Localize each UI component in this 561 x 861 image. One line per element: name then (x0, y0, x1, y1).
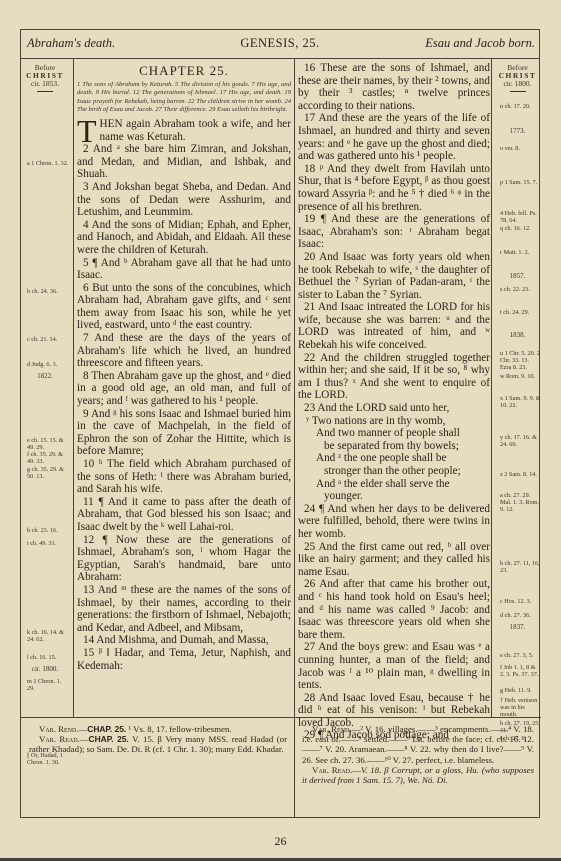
margin-reference: e ch. 27. 3, 5. (494, 652, 541, 659)
verse-6: 6 But unto the sons of the concubines, w… (77, 282, 291, 332)
margin-reference: y ch. 17. 16. & 24. 60. (494, 434, 541, 448)
left-era-block: Before CHRIST cir. 1853. (21, 64, 69, 92)
var-read-label: Var. Read.— (39, 734, 89, 744)
margin-reference: 4 Heb. fell. Ps. 78. 64. (494, 210, 541, 224)
column-divider (294, 59, 295, 817)
verse-3: 3 And Jokshan begat Sheba, and Dedan. An… (77, 181, 291, 219)
var-rend-left: Var. Rend.—CHAP. 25. ¹ Vs. 8, 17. fellow… (29, 724, 287, 734)
verse-7: 7 And these are the days of the years of… (77, 332, 291, 370)
margin-reference: a ch. 27. 29. Mal. 1. 3. Rom. 9. 12. (494, 492, 541, 513)
margin-reference: x 1 Sam. 9. 9. & 10. 22. (494, 395, 541, 409)
margin-reference: r Matt. 1. 2. (494, 249, 541, 256)
page-number: 26 (0, 834, 561, 849)
verse-14: 14 And Mishma, and Dumah, and Massa, (77, 634, 291, 647)
margin-reference: u 1 Chr. 5. 20. 2 Chr. 33. 13. Ezra 8. 2… (494, 350, 541, 371)
margin-reference: b ch. 24. 36. (21, 288, 69, 295)
poetry-line: ʸ Two nations are in thy womb, (298, 415, 490, 428)
verse-27: 27 And the boys grew: and Esau was ᵉ a c… (298, 641, 490, 691)
margin-reference: 1773. (494, 128, 541, 135)
var-rend-right: Var. Rend.—² V. 16. villages.——³ encampm… (302, 724, 534, 765)
margin-reference: a 1 Chron. 1. 32. (21, 160, 69, 167)
verse-text: HEN again Abraham took a wife, and her n… (100, 118, 291, 143)
right-footnotes: Var. Rend.—² V. 16. villages.——³ encampm… (302, 724, 534, 785)
margin-reference: g ch. 35. 29. & 50. 13. (21, 466, 69, 480)
margin-reference: f Job 1. 1, 8 & 2. 3. Ps. 37. 37. (494, 664, 541, 678)
verse-2: 2 And ᵃ she bare him Zimran, and Jokshan… (77, 143, 291, 181)
verse-19: 19 ¶ And these are the generations of Is… (298, 213, 490, 251)
margin-reference: i ch. 49. 31. (21, 540, 69, 547)
era-date: cir. 1800. (494, 80, 541, 88)
era-rule (510, 91, 526, 92)
margin-reference: m 1 Chron. 1. 29. (21, 678, 69, 692)
left-text-column: CHAPTER 25. 1 The sons of Abraham by Ket… (77, 59, 291, 672)
poetry-line: stronger than the other people; (298, 465, 490, 478)
var-rend-label: Var. Rend.— (312, 724, 360, 734)
margin-reference: e ch. 15. 15. & 49. 29. (21, 437, 69, 451)
margin-reference: o ver. 8. (494, 145, 541, 152)
verse-23: 23 And the LORD said unto her, (298, 402, 490, 415)
left-footnotes: Var. Rend.—CHAP. 25. ¹ Vs. 8, 17. fellow… (29, 724, 287, 755)
margin-reference: n ch. 17. 20. (494, 103, 541, 110)
chap-label: CHAP. 25. (87, 724, 126, 734)
verse-5: 5 ¶ And ᵇ Abraham gave all that he had u… (77, 257, 291, 282)
right-margin-rule (491, 59, 492, 717)
verse-18: 18 ᵖ And they dwelt from Havilah unto Sh… (298, 163, 490, 213)
margin-reference: w Rom. 9. 10. (494, 373, 541, 380)
margin-reference: c Hos. 12. 3. (494, 598, 541, 605)
right-margin-notes: Before CHRIST cir. 1800. n ch. 17. 20.17… (494, 59, 541, 719)
chapter-summary: 1 The sons of Abraham by Keturah. 5 The … (77, 81, 291, 115)
bible-page: Abraham's death. GENESIS, 25. Esau and J… (20, 29, 540, 818)
margin-reference: t ch. 24. 29. (494, 309, 541, 316)
var-read-right: Var. Read.—V. 18. β Corrupt, or a gloss,… (302, 765, 534, 785)
poetry-line: And two manner of people shall (298, 427, 490, 440)
margin-reference: f ch. 35. 29. & 49. 33. (21, 451, 69, 465)
margin-reference: d Judg. 6. 3. (21, 361, 69, 368)
verse-26: 26 And after that came his brother out, … (298, 578, 490, 641)
verse-10: 10 ʰ The field which Abraham purchased o… (77, 458, 291, 496)
verse-9: 9 And ᵍ his sons Isaac and Ishmael burie… (77, 408, 291, 458)
verse-15: 15 ᵝ ‖ Hadar, and Tema, Jetur, Naphish, … (77, 647, 291, 672)
chap-label: CHAP. 25. (89, 734, 129, 744)
left-footnote-rule (21, 717, 294, 718)
verse-25: 25 And the first came out red, ᵇ all ove… (298, 541, 490, 579)
right-footnote-rule (295, 717, 541, 718)
verse-21: 21 And Isaac intreated the LORD for his … (298, 301, 490, 351)
left-margin-rule (73, 59, 74, 717)
margin-reference: † Heb. venison was in his mouth. (494, 697, 541, 718)
margin-reference: b ch. 27. 11, 16, 23. (494, 560, 541, 574)
poetry-line: And ᶻ the one people shall be (298, 452, 490, 465)
verse-11: 11 ¶ And it came to pass after the death… (77, 496, 291, 534)
verse-17: 17 And these are the years of the life o… (298, 112, 490, 162)
verse-16: 16 These are the sons of Ishmael, and th… (298, 62, 490, 112)
margin-reference: z 2 Sam. 8. 14. (494, 471, 541, 478)
drop-cap: T (77, 119, 97, 143)
poetry-line: be separated from thy bowels; (298, 440, 490, 453)
margin-reference: c ch. 21. 14. (21, 336, 69, 343)
running-header: Abraham's death. GENESIS, 25. Esau and J… (21, 30, 539, 59)
verse-8: 8 Then Abraham gave up the ghost, and ᵉ … (77, 370, 291, 408)
era-date: cir. 1853. (21, 80, 69, 88)
header-right: Esau and Jacob born. (425, 36, 535, 51)
verse-24: 24 ¶ And when her days to be delivered w… (298, 503, 490, 541)
var-read-label: Var. Read.— (312, 765, 361, 775)
var-read-left: Var. Read.—CHAP. 25. V. 15. β Very many … (29, 734, 287, 754)
margin-reference: 1838. (494, 332, 541, 339)
var-rend-text: ¹ Vs. 8, 17. fellow-tribesmen. (128, 724, 231, 734)
right-text-column: 16 These are the sons of Ishmael, and th… (298, 59, 490, 742)
verse-12: 12 ¶ Now these are the generations of Is… (77, 534, 291, 584)
verse-1: THEN again Abraham took a wife, and her … (77, 118, 291, 143)
margin-reference: 1837. (494, 624, 541, 631)
var-rend-label: Var. Rend.— (39, 724, 87, 734)
poetry-line: younger. (298, 490, 490, 503)
verse-22: 22 And the children struggled together w… (298, 352, 490, 402)
margin-reference: h ch. 23. 16. (21, 527, 69, 534)
margin-reference: l ch. 16. 15. (21, 654, 69, 661)
right-era-block: Before CHRIST cir. 1800. (494, 64, 541, 92)
era-rule (37, 91, 53, 92)
verse-4: 4 And the sons of Midian; Ephah, and Eph… (77, 219, 291, 257)
margin-reference: 1822. (21, 373, 69, 380)
verse-20: 20 And Isaac was forty years old when he… (298, 251, 490, 301)
verse-13: 13 And ᵐ these are the names of the sons… (77, 584, 291, 634)
margin-reference: d ch. 27. 36. (494, 612, 541, 619)
poetry-line: And ᵃ the elder shall serve the (298, 478, 490, 491)
margin-reference: p 1 Sam. 15. 7. (494, 179, 541, 186)
chapter-title: CHAPTER 25. (77, 65, 291, 78)
margin-reference: q ch. 16. 12. (494, 225, 541, 232)
margin-reference: cir. 1800. (21, 666, 69, 673)
margin-reference: g Heb. 11. 9. (494, 687, 541, 694)
margin-reference: k ch. 16. 14. & 24. 62. (21, 629, 69, 643)
margin-reference: s ch. 22. 23. (494, 286, 541, 293)
left-margin-notes: Before CHRIST cir. 1853. a 1 Chron. 1. 3… (21, 59, 69, 719)
margin-reference: 1857. (494, 273, 541, 280)
